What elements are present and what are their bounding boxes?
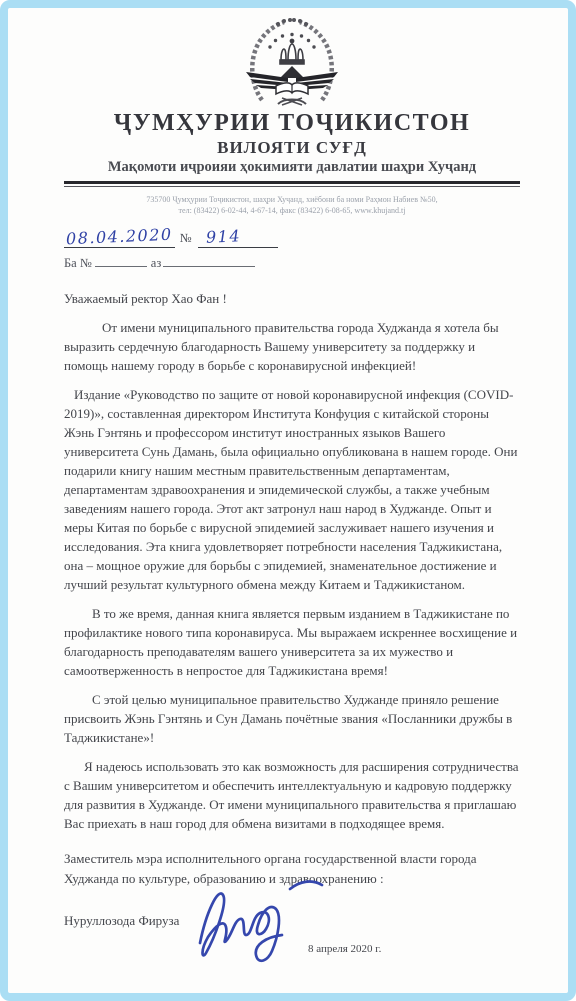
outgoing-number-blank: 914 (198, 227, 278, 248)
signature-date: 8 апреля 2020 г. (308, 939, 381, 959)
paragraph-3: В то же время, данная книга является пер… (64, 604, 520, 680)
tajikistan-coat-of-arms-icon (228, 16, 356, 108)
paragraph-4: С этой целью муниципальное правительство… (64, 690, 520, 747)
authority-title: Мақомоти иҷроияи ҳокимияти давлатии шаҳр… (64, 159, 520, 176)
incoming-from-label: аз (151, 256, 162, 270)
signature-block: Заместитель мэра исполнительного органа … (64, 849, 520, 963)
number-sign: № (180, 231, 192, 245)
incoming-number-blank (95, 255, 147, 267)
paragraph-1: От имени муниципального правительства го… (64, 318, 520, 375)
reference-block: 08.04.2020№914 Ба №аз (64, 227, 520, 271)
paragraph-2: Издание «Руководство по защите от новой … (64, 385, 520, 594)
country-title: ҶУМҲУРИИ ТОҶИКИСТОН (64, 110, 520, 137)
letter-body: Уважаемый ректор Хао Фан ! От имени муни… (64, 271, 520, 833)
incoming-date-blank (163, 255, 255, 267)
region-title: ВИЛОЯТИ СУҒД (64, 138, 520, 157)
handwritten-outgoing-date: 08.04.2020 (66, 225, 173, 249)
header-divider (64, 181, 520, 187)
signature-row: Нуруллозода Фируза 8 апреля 2020 г. (64, 893, 520, 963)
greeting-line: Уважаемый ректор Хао Фан ! (64, 289, 520, 308)
letter-sheet: ҶУМҲУРИИ ТОҶИКИСТОН ВИЛОЯТИ СУҒД Мақомот… (8, 8, 568, 963)
letterhead-address: 735700 Ҷумҳурии Тоҷикистон, шаҳри Хуҷанд… (64, 194, 520, 216)
outgoing-reference-line: 08.04.2020№914 (64, 227, 520, 251)
incoming-reference-line: Ба №аз (64, 255, 520, 271)
address-line-1: 735700 Ҷумҳурии Тоҷикистон, шаҳри Хуҷанд… (64, 194, 520, 205)
scanned-letter-page: ҶУМҲУРИИ ТОҶИКИСТОН ВИЛОЯТИ СУҒД Мақомот… (0, 0, 576, 1001)
incoming-number-label: Ба № (64, 256, 92, 270)
outgoing-date-blank: 08.04.2020 (64, 227, 175, 248)
signatory-name: Нуруллозода Фируза (64, 911, 179, 931)
address-line-2: тел: (83422) 6-02-44, 4-67-14, факс (834… (64, 205, 520, 216)
paragraph-5: Я надеюсь использовать это как возможнос… (64, 757, 520, 833)
handwritten-outgoing-number: 914 (205, 226, 241, 247)
